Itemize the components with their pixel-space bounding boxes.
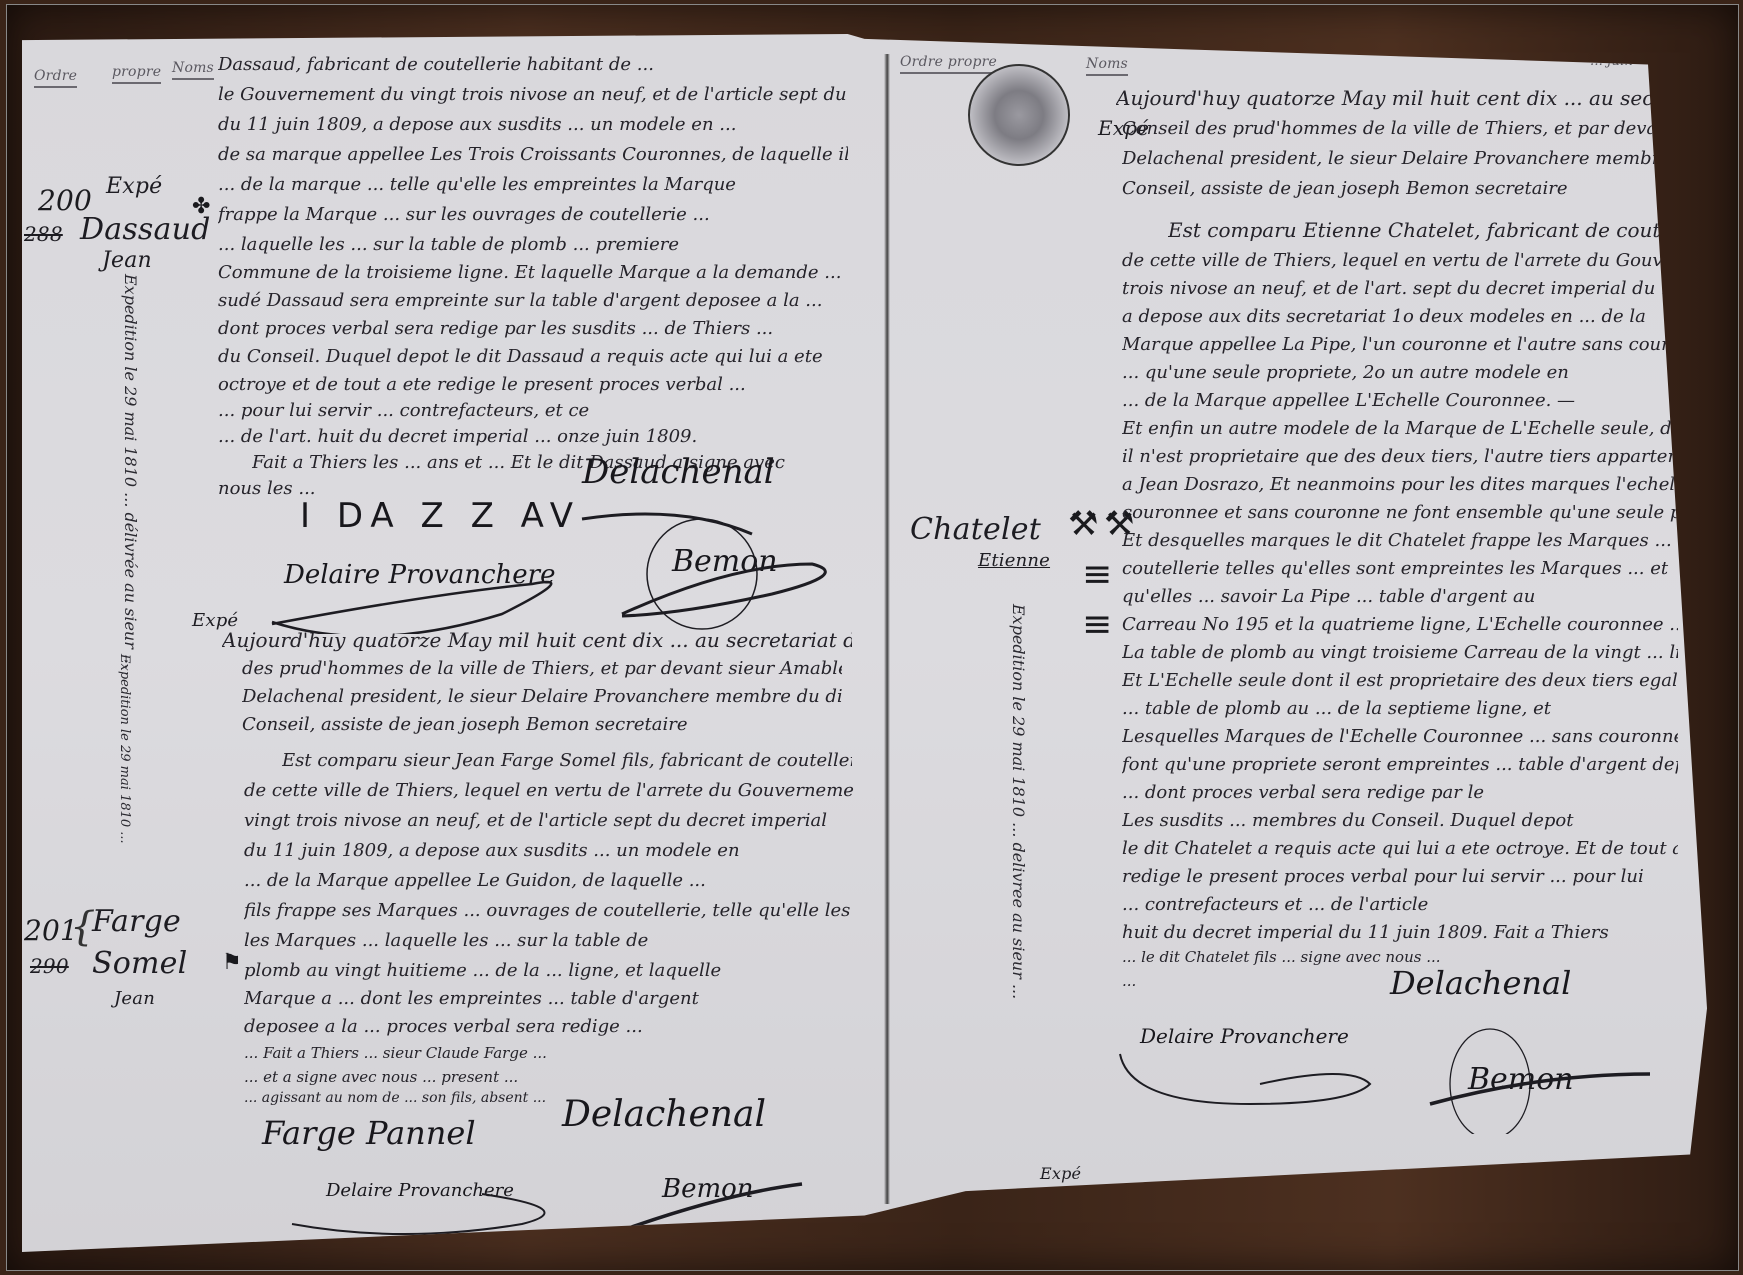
text-line: frappe la Marque ... sur les ouvrages de… [218, 204, 848, 225]
text-line: plomb au vingt huitieme ... de la ... li… [244, 960, 854, 981]
header-noms: Noms [172, 60, 214, 80]
text-line: Dassaud, fabricant de coutellerie habita… [218, 54, 848, 75]
text-line: ... laquelle les ... sur la table de plo… [218, 234, 848, 255]
text-line: ... dont proces verbal sera redige par l… [1122, 782, 1678, 803]
text-line: octroye et de tout a ete redige le prese… [218, 374, 848, 395]
text-line-opening: Aujourd'huy quatorze May mil huit cent d… [1116, 86, 1676, 110]
entry-annotation: Expé [106, 174, 162, 199]
text-line: ... de la marque ... telle qu'elle les e… [218, 174, 848, 195]
entry-surname-2: Somel [92, 946, 187, 981]
text-line: de sa marque appellee Les Trois Croissan… [218, 144, 848, 165]
text-line: les Marques ... laquelle les ... sur la … [244, 930, 854, 951]
margin-note: Expedition le 29 mai 1810 ... [117, 654, 132, 844]
text-line: ... de la Marque appellee L'Echelle Cour… [1122, 390, 1678, 411]
text-line: ... de l'art. huit du decret imperial ..… [218, 426, 848, 447]
text-line-opening: Aujourd'huy quatorze May mil huit cent d… [222, 628, 852, 652]
text-line: du 11 juin 1809, a depose aux susdits ..… [244, 840, 854, 861]
text-line: ... [1122, 972, 1362, 990]
header-propre: propre [112, 64, 161, 84]
text-line: ... Fait a Thiers ... sieur Claude Farge… [244, 1044, 854, 1062]
text-line: dont proces verbal sera redige par les s… [218, 318, 848, 339]
entry-surname: Chatelet [910, 512, 1041, 547]
text-line: ... pour lui servir ... contrefacteurs, … [218, 400, 848, 421]
text-line: Conseil, assiste de jean joseph Bemon se… [1122, 178, 1678, 199]
text-line: de cette ville de Thiers, lequel en vert… [244, 780, 854, 801]
entry-surname: Farge [92, 904, 181, 939]
text-line: Marque a ... dont les empreintes ... tab… [244, 988, 854, 1009]
header-noms: Noms [1086, 56, 1128, 76]
text-line: Conseil, assiste de jean joseph Bemon se… [242, 714, 842, 735]
text-line: ... de la Marque appellee Le Guidon, de … [244, 870, 854, 891]
text-line: a Jean Dosrazo, Et neanmoins pour les di… [1122, 474, 1678, 495]
text-line: a depose aux dits secretariat 1o deux mo… [1122, 306, 1678, 327]
text-line: du Conseil. Duquel depot le dit Dassaud … [218, 346, 848, 367]
right-page: Ordre propre Noms ... juin Expé Chatelet… [890, 34, 1707, 1252]
text-line: Commune de la troisieme ligne. Et laquel… [218, 262, 848, 283]
header-ordre-propre: Ordre propre [900, 54, 997, 74]
margin-note: Expedition le 29 mai 1810 ... délivrée a… [121, 274, 140, 669]
text-line: couronnee et sans couronne ne font ensem… [1122, 502, 1678, 523]
text-line: font qu'une propriete seront empreintes … [1122, 754, 1678, 775]
entry-surname: Dassaud [80, 212, 211, 247]
text-line: ... et a signe avec nous ... present ... [244, 1068, 854, 1086]
signature-flourish [1110, 1024, 1670, 1134]
signature-delachenal: Delachenal [582, 452, 775, 492]
text-line: Est comparu Etienne Chatelet, fabricant … [1168, 218, 1678, 242]
official-seal [968, 64, 1070, 166]
text-line: coutellerie telles qu'elles sont emprein… [1122, 558, 1678, 579]
text-line: qu'elles ... savoir La Pipe ... table d'… [1122, 586, 1678, 607]
text-line: des prud'hommes de la ville de Thiers, e… [242, 658, 842, 679]
text-line: trois nivose an neuf, et de l'art. sept … [1122, 278, 1678, 299]
signature-farge: Farge Pannel [262, 1114, 476, 1152]
text-line: redige le present proces verbal pour lui… [1122, 866, 1678, 887]
marque-echelle-couronnee-icon: ≡ [1082, 554, 1112, 595]
text-line: Marque appellee La Pipe, l'un couronne e… [1122, 334, 1678, 355]
text-line: du 11 juin 1809, a depose aux susdits ..… [218, 114, 848, 135]
text-line: sudé Dassaud sera empreinte sur la table… [218, 290, 848, 311]
entry-given-name: Etienne [978, 550, 1050, 571]
text-line: Les susdits ... membres du Conseil. Duqu… [1122, 810, 1678, 831]
text-line: ... table de plomb au ... de la septieme… [1122, 698, 1678, 719]
text-line: deposee a la ... proces verbal sera redi… [244, 1016, 854, 1037]
text-line: Et L'Echelle seule dont il est proprieta… [1122, 670, 1678, 691]
text-line: Lesquelles Marques de l'Echelle Couronne… [1122, 726, 1678, 747]
text-line: Et desquelles marques le dit Chatelet fr… [1122, 530, 1678, 551]
entry-given-name: Jean [102, 248, 152, 273]
marque-pipe-icon: ⚒ [1068, 504, 1098, 544]
text-line: La table de plomb au vingt troisieme Car… [1122, 642, 1678, 663]
header-ordre: Ordre [34, 68, 77, 88]
left-page: Ordre propre Noms 200 288 Expé Dassaud J… [22, 34, 890, 1252]
text-line: Carreau No 195 et la quatrieme ligne, L'… [1122, 614, 1678, 635]
marque-guidon-icon: ⚑ [222, 950, 242, 975]
text-line: Delachenal president, le sieur Delaire P… [1122, 148, 1678, 169]
entry-annotation: Expé [1040, 1164, 1081, 1183]
text-line: Est comparu sieur Jean Farge Somel fils,… [282, 750, 852, 771]
entry-old-number: 290 [30, 954, 69, 978]
text-line: il n'est proprietaire que des deux tiers… [1122, 446, 1678, 467]
text-line: le Gouvernement du vingt trois nivose an… [218, 84, 848, 105]
text-line: vingt trois nivose an neuf, et de l'arti… [244, 810, 854, 831]
margin-note: Expedition le 29 mai 1810 ... delivree a… [1009, 604, 1028, 999]
text-line: Conseil des prud'hommes de la ville de T… [1122, 118, 1678, 139]
signature-delachenal: Delachenal [562, 1094, 766, 1135]
entry-given-name: Jean [114, 988, 155, 1009]
signature-flourish [252, 504, 852, 634]
text-line: de cette ville de Thiers, lequel en vert… [1122, 250, 1678, 271]
marque-echelle-icon: ≡ [1082, 604, 1112, 645]
text-line: huit du decret imperial du 11 juin 1809.… [1122, 922, 1678, 943]
text-line: ... qu'une seule propriete, 2o un autre … [1122, 362, 1678, 383]
text-line: Et enfin un autre modele de la Marque de… [1122, 418, 1678, 439]
text-line: fils frappe ses Marques ... ouvrages de … [244, 900, 854, 921]
text-line: ... contrefacteurs et ... de l'article [1122, 894, 1678, 915]
text-line: Delachenal president, le sieur Delaire P… [242, 686, 842, 707]
entry-old-number: 288 [24, 222, 63, 246]
register-spread: Ordre propre Noms 200 288 Expé Dassaud J… [22, 34, 1707, 1252]
signature-delachenal: Delachenal [1390, 964, 1571, 1002]
text-line: le dit Chatelet a requis acte qui lui a … [1122, 838, 1678, 859]
marque-trois-croissants-icon: ✤ [192, 194, 210, 219]
